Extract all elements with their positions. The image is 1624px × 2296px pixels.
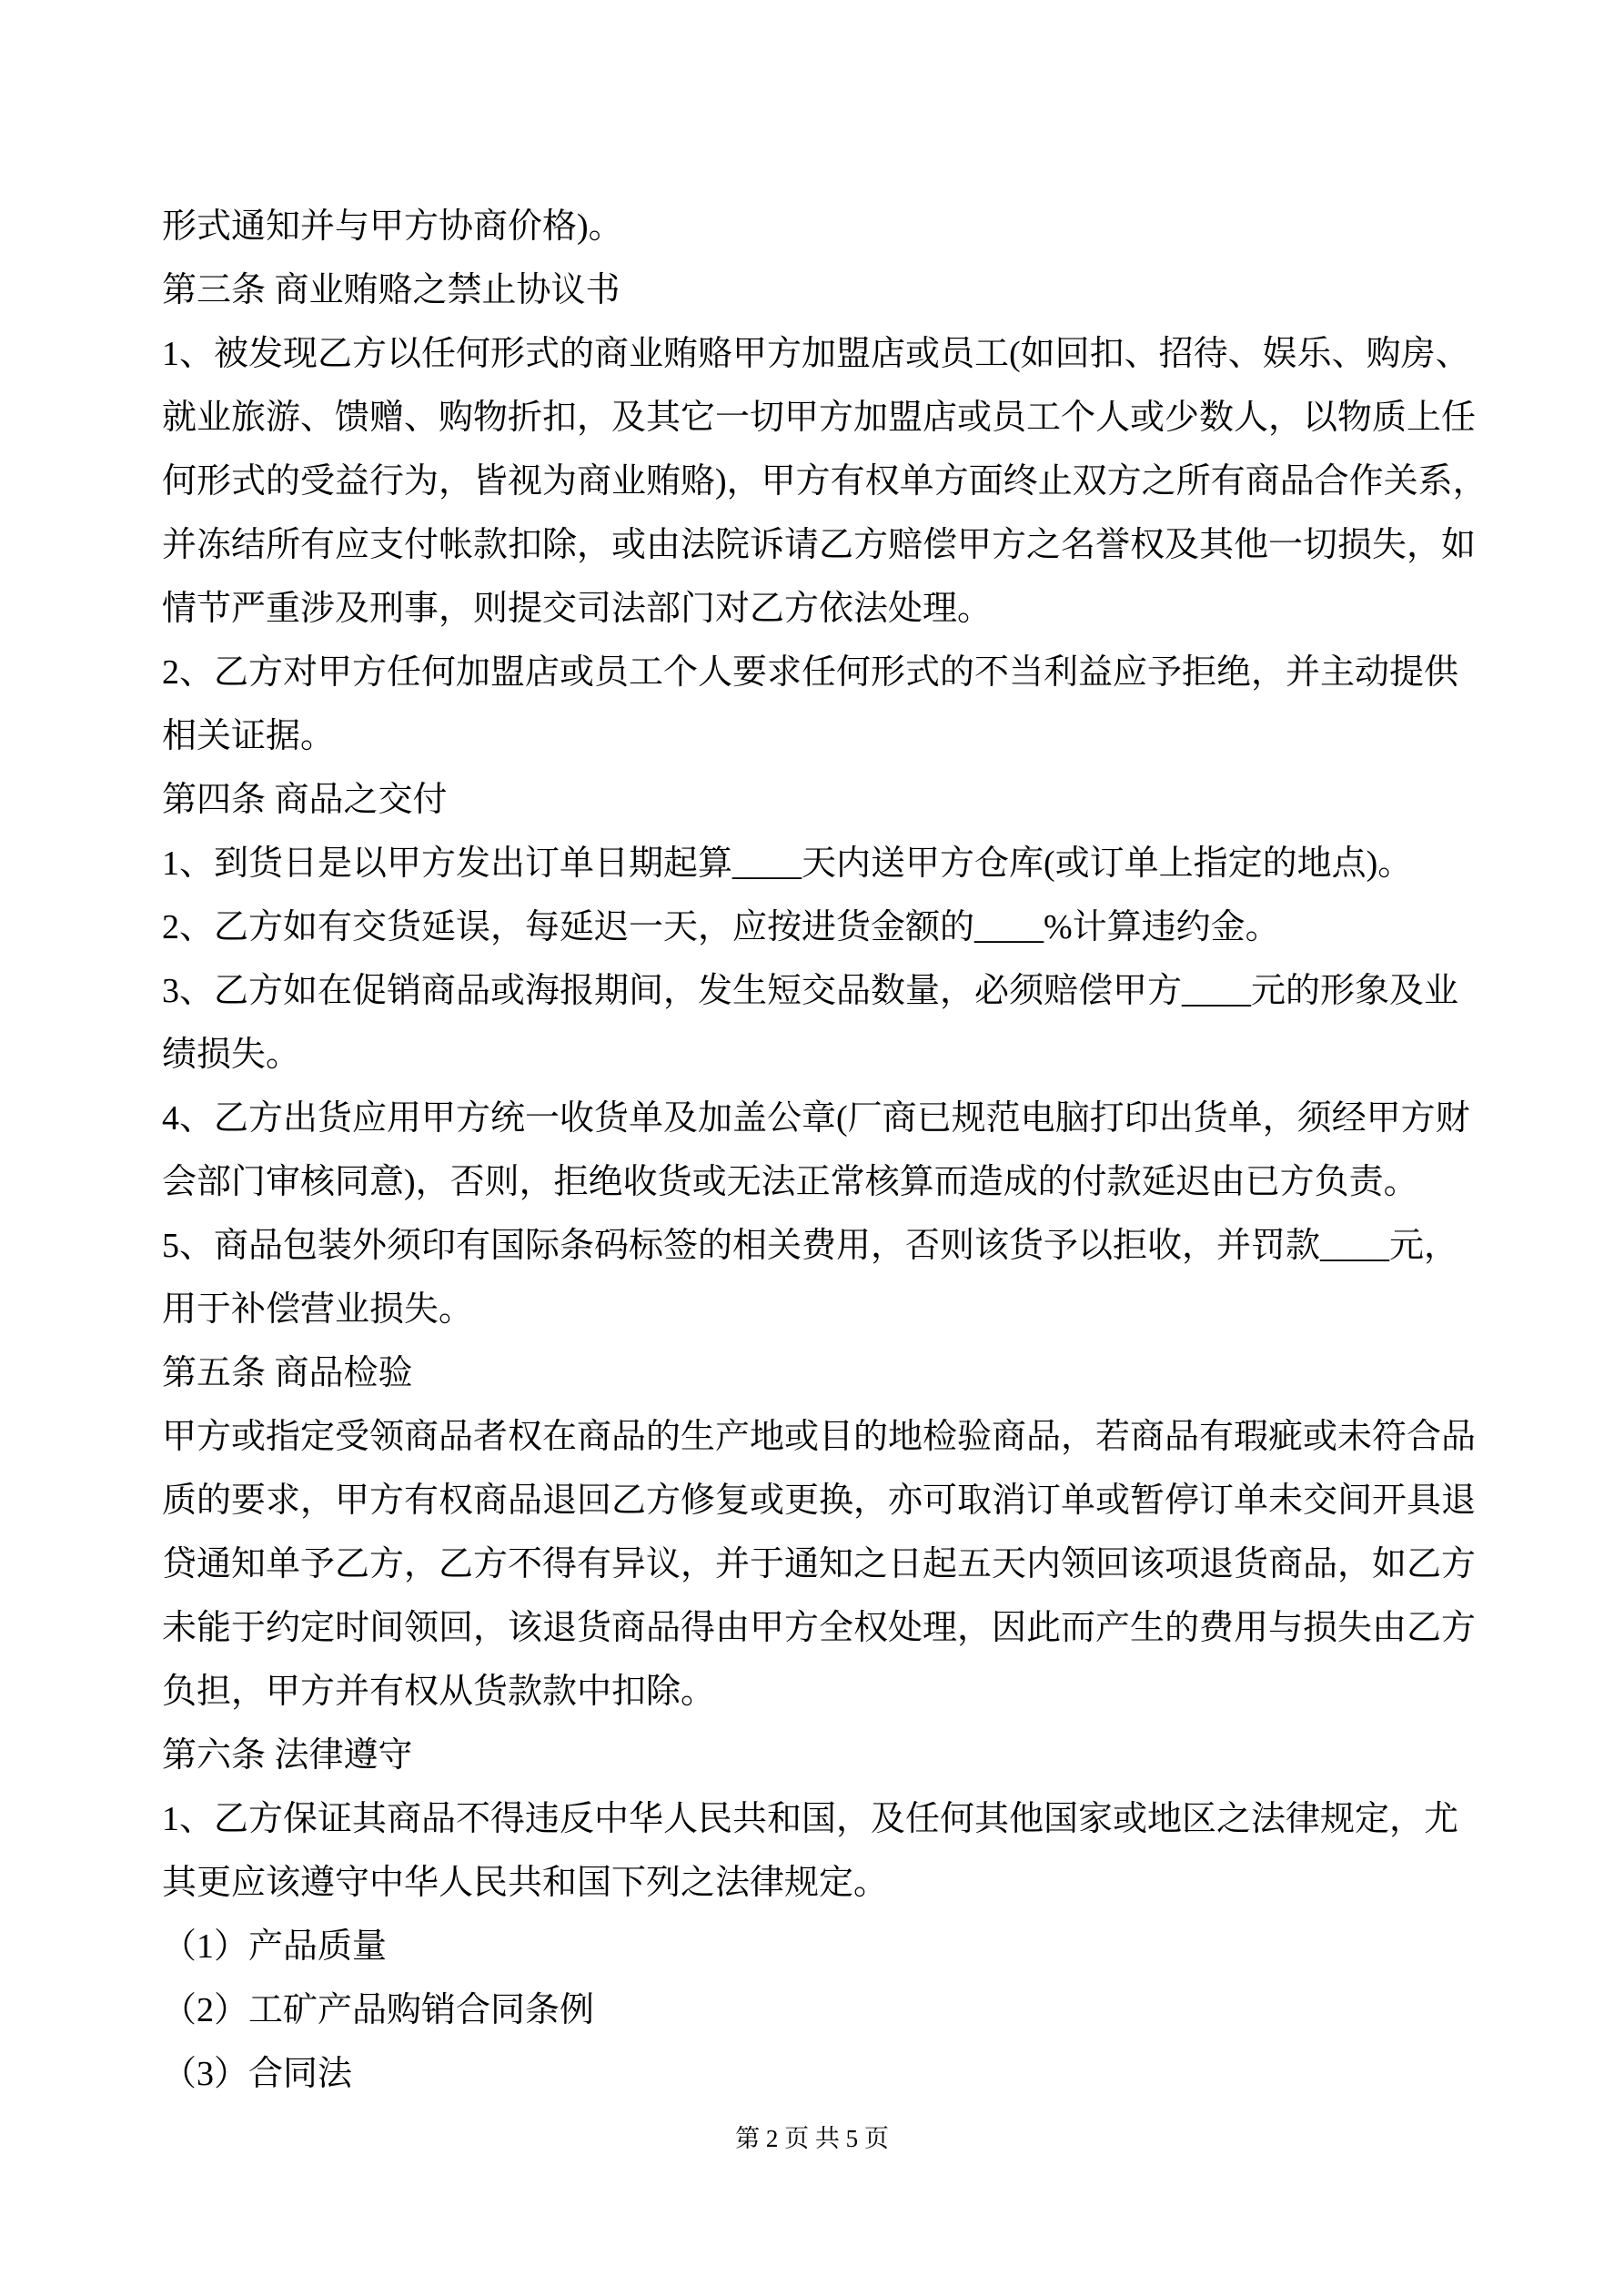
- text-line: 未能于约定时间领回，该退货商品得由甲方全权处理，因此而产生的费用与损失由乙方: [162, 1596, 1508, 1660]
- text-line: 相关证据。: [162, 704, 1508, 768]
- document-body: 形式通知并与甲方协商价格)。第三条 商业贿赂之禁止协议书1、被发现乙方以任何形式…: [162, 195, 1508, 2106]
- text-line: 用于补偿营业损失。: [162, 1278, 1508, 1341]
- text-line: 负担，甲方并有权从货款款中扣除。: [162, 1660, 1508, 1724]
- text-line: 2、乙方如有交货延误，每延迟一天，应按进货金额的____%计算违约金。: [162, 895, 1508, 959]
- section-heading: 第三条 商业贿赂之禁止协议书: [162, 258, 1508, 322]
- text-line: 甲方或指定受领商品者权在商品的生产地或目的地检验商品，若商品有瑕疵或未符合品: [162, 1405, 1508, 1469]
- section-heading: 第四条 商品之交付: [162, 768, 1508, 832]
- text-line: 何形式的受益行为，皆视为商业贿赂)，甲方有权单方面终止双方之所有商品合作关系，: [162, 450, 1508, 513]
- text-line: 绩损失。: [162, 1023, 1508, 1087]
- text-line: 就业旅游、馈赠、购物折扣，及其它一切甲方加盟店或员工个人或少数人，以物质上任: [162, 386, 1508, 450]
- text-line: 5、商品包装外须印有国际条码标签的相关费用，否则该货予以拒收，并罚款____元，: [162, 1214, 1508, 1278]
- text-line: （3）合同法: [162, 2042, 1508, 2106]
- text-line: 4、乙方出货应用甲方统一收货单及加盖公章(厂商已规范电脑打印出货单，须经甲方财: [162, 1087, 1508, 1150]
- text-line: （1）产品质量: [162, 1915, 1508, 1978]
- text-line: 1、到货日是以甲方发出订单日期起算____天内送甲方仓库(或订单上指定的地点)。: [162, 832, 1508, 895]
- text-line: 贷通知单予乙方，乙方不得有异议，并于通知之日起五天内领回该项退货商品，如乙方: [162, 1532, 1508, 1596]
- text-line: 1、被发现乙方以任何形式的商业贿赂甲方加盟店或员工(如回扣、招待、娱乐、购房、: [162, 322, 1508, 386]
- text-line: 质的要求，甲方有权商品退回乙方修复或更换，亦可取消订单或暂停订单未交间开具退: [162, 1469, 1508, 1532]
- text-line: 其更应该遵守中华人民共和国下列之法律规定。: [162, 1851, 1508, 1915]
- text-line: 形式通知并与甲方协商价格)。: [162, 195, 1508, 258]
- section-heading: 第六条 法律遵守: [162, 1724, 1508, 1787]
- page-number-text: 第 2 页 共 5 页: [735, 2125, 889, 2152]
- text-line: 2、乙方对甲方任何加盟店或员工个人要求任何形式的不当利益应予拒绝，并主动提供: [162, 641, 1508, 704]
- contract-document-page: 形式通知并与甲方协商价格)。第三条 商业贿赂之禁止协议书1、被发现乙方以任何形式…: [0, 0, 1624, 2296]
- text-line: （2）工矿产品购销合同条例: [162, 1978, 1508, 2042]
- text-line: 情节严重涉及刑事，则提交司法部门对乙方依法处理。: [162, 577, 1508, 641]
- text-line: 3、乙方如在促销商品或海报期间，发生短交品数量，必须赔偿甲方____元的形象及业: [162, 959, 1508, 1023]
- section-heading: 第五条 商品检验: [162, 1341, 1508, 1405]
- text-line: 1、乙方保证其商品不得违反中华人民共和国，及任何其他国家或地区之法律规定，尤: [162, 1787, 1508, 1851]
- text-line: 并冻结所有应支付帐款扣除，或由法院诉请乙方赔偿甲方之名誉权及其他一切损失，如: [162, 513, 1508, 577]
- page-footer: 第 2 页 共 5 页: [0, 2120, 1624, 2157]
- text-line: 会部门审核同意)，否则，拒绝收货或无法正常核算而造成的付款延迟由已方负责。: [162, 1150, 1508, 1214]
